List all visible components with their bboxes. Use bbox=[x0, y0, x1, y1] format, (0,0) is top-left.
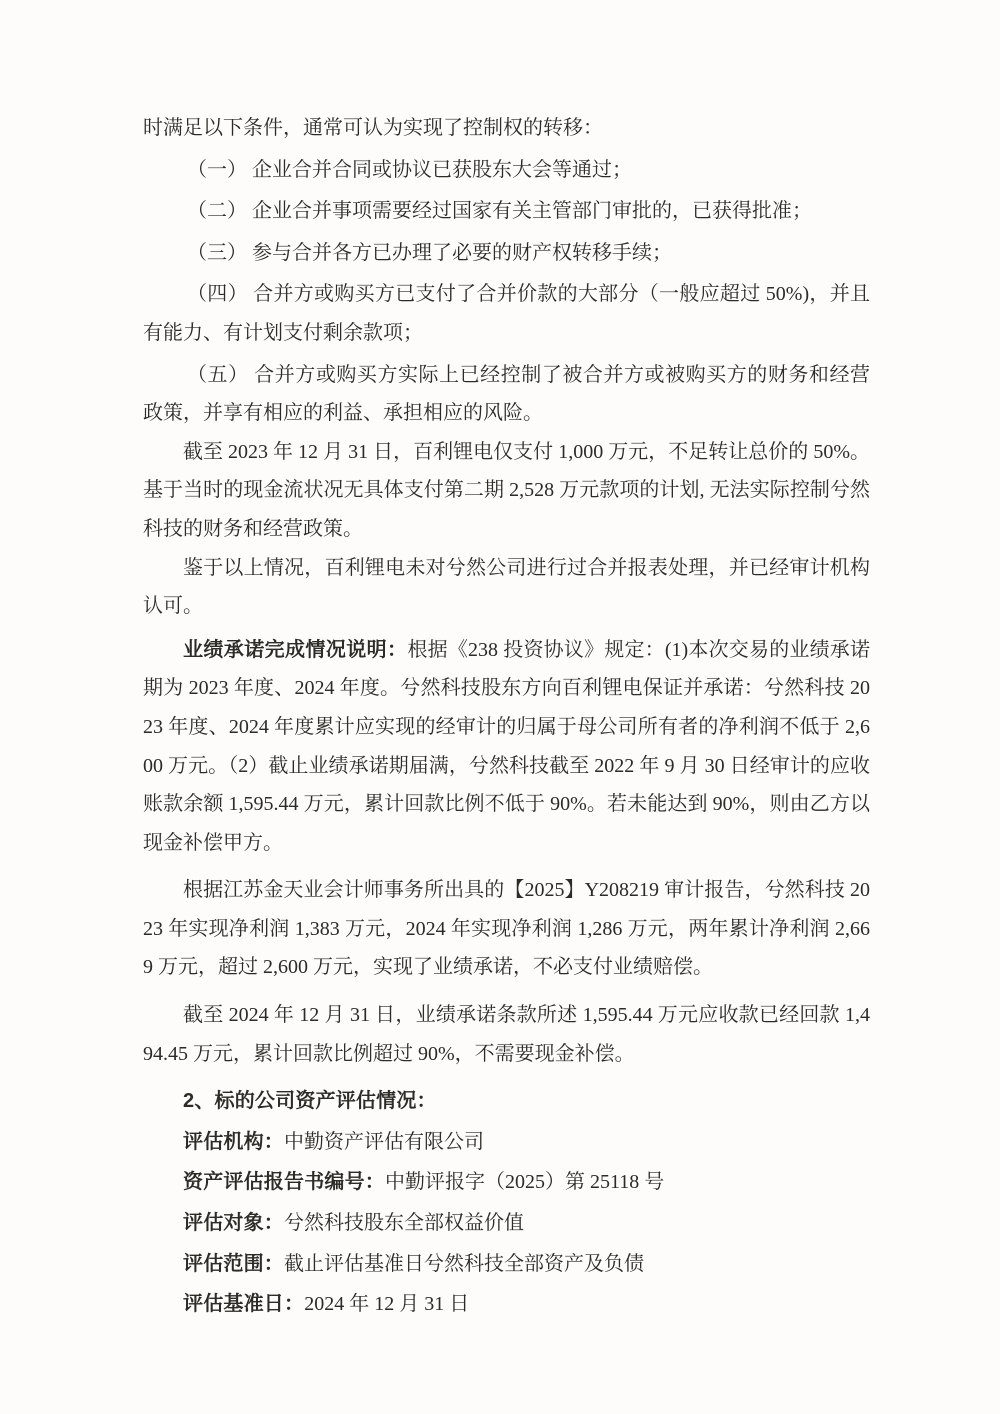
field-appraisal-base-date: 评估基准日：2024 年 12 月 31 日 bbox=[143, 1285, 870, 1324]
paragraph-2024-repayment: 截至 2024 年 12 月 31 日，业绩承诺条款所述 1,595.44 万元… bbox=[143, 996, 870, 1073]
list-item-4: （四） 合并方或购买方已支付了合并价款的大部分（一般应超过 50%)，并且有能力… bbox=[143, 275, 870, 352]
field-value: 2024 年 12 月 31 日 bbox=[304, 1293, 469, 1315]
paragraph-2023-payment: 截至 2023 年 12 月 31 日，百利锂电仅支付 1,000 万元，不足转… bbox=[143, 433, 870, 549]
list-item-5: （五） 合并方或购买方实际上已经控制了被合并方或被购买方的财务和经营政策，并享有… bbox=[143, 356, 870, 433]
field-value: 截止评估基准日兮然科技全部资产及负债 bbox=[284, 1253, 644, 1275]
field-value: 中勤评报字（2025）第 25118 号 bbox=[385, 1171, 664, 1193]
performance-promise-label: 业绩承诺完成情况说明： bbox=[183, 639, 407, 661]
field-label: 评估范围： bbox=[183, 1253, 284, 1275]
paragraph-audit-acknowledgement: 鉴于以上情况，百利锂电未对兮然公司进行过合并报表处理，并已经审计机构认可。 bbox=[143, 549, 870, 626]
document-page: 时满足以下条件，通常可认为实现了控制权的转移： （一） 企业合并合同或协议已获股… bbox=[0, 0, 1000, 1414]
section-heading-asset-appraisal: 2、标的公司资产评估情况： bbox=[143, 1082, 870, 1121]
field-label: 评估对象： bbox=[183, 1212, 284, 1234]
list-item-2: （二） 企业合并事项需要经过国家有关主管部门审批的，已获得批准； bbox=[143, 192, 870, 231]
paragraph-performance-promise: 业绩承诺完成情况说明：根据《238 投资协议》规定：(1)本次交易的业绩承诺期为… bbox=[143, 631, 870, 863]
list-item-3: （三） 参与合并各方已办理了必要的财产权转移手续； bbox=[143, 234, 870, 273]
field-label: 评估机构： bbox=[183, 1131, 284, 1153]
performance-promise-text: 根据《238 投资协议》规定：(1)本次交易的业绩承诺期为 2023 年度、20… bbox=[143, 639, 870, 854]
paragraph-conditions-intro: 时满足以下条件，通常可认为实现了控制权的转移： bbox=[143, 109, 870, 148]
document-body: 时满足以下条件，通常可认为实现了控制权的转移： （一） 企业合并合同或协议已获股… bbox=[143, 109, 870, 1324]
field-appraisal-agency: 评估机构：中勤资产评估有限公司 bbox=[143, 1123, 870, 1162]
field-value: 兮然科技股东全部权益价值 bbox=[284, 1212, 524, 1234]
field-report-number: 资产评估报告书编号：中勤评报字（2025）第 25118 号 bbox=[143, 1163, 870, 1202]
paragraph-audit-result: 根据江苏金天业会计师事务所出具的【2025】Y208219 审计报告，兮然科技 … bbox=[143, 871, 870, 987]
field-label: 资产评估报告书编号： bbox=[183, 1171, 385, 1193]
field-appraisal-scope: 评估范围：截止评估基准日兮然科技全部资产及负债 bbox=[143, 1245, 870, 1284]
field-label: 评估基准日： bbox=[183, 1293, 304, 1315]
field-value: 中勤资产评估有限公司 bbox=[284, 1131, 484, 1153]
field-appraisal-object: 评估对象：兮然科技股东全部权益价值 bbox=[143, 1204, 870, 1243]
list-item-1: （一） 企业合并合同或协议已获股东大会等通过； bbox=[143, 151, 870, 190]
